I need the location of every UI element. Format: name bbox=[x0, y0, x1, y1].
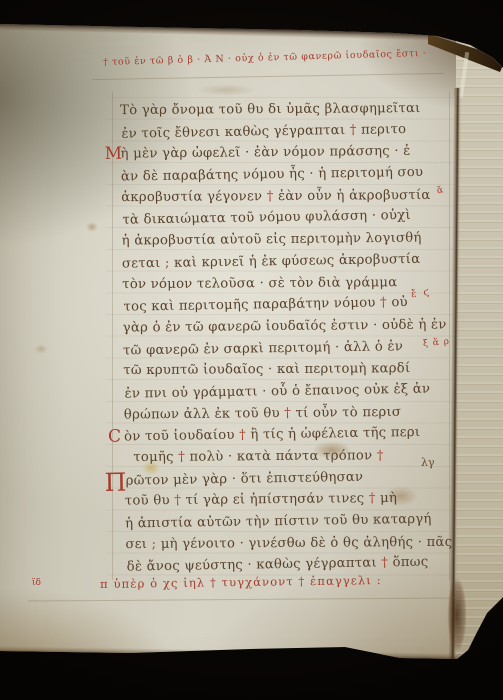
marginal-note: λγ bbox=[421, 456, 435, 469]
line-text: σει ; μὴ γένοιτο · γινέσθω δὲ ὁ θς ἀληθή… bbox=[125, 535, 452, 552]
line-text: τοῦ θυ † τί γὰρ εἰ ἠπίστησάν τινες † μὴ bbox=[125, 491, 397, 509]
line-text: ὴ μὲν γὰρ ὠφελεῖ · ἐὰν νόμον πράσσης · ἐ bbox=[121, 144, 411, 162]
line-text: τος καὶ περιτομῆς παραβάτην νόμου † οὐ bbox=[123, 295, 408, 315]
line-text: σεται ; καὶ κρινεῖ ἡ ἐκ φύσεως ἀκροβυστί… bbox=[122, 252, 421, 272]
line-text: τῶ φανερῶ ἐν σαρκὶ περιτομή · ἀλλ ὁ ἐν bbox=[123, 339, 403, 358]
rubricated-initial: Π bbox=[104, 470, 126, 493]
line-text: τὰ δικαιώματα τοῦ νόμου φυλάσση · οὐχὶ bbox=[122, 208, 411, 228]
line-text: τῶ κρυπτῶ ἰουδαῖος · καὶ περιτομὴ καρδί bbox=[123, 361, 410, 378]
line-text: ὸν τοῦ ἰουδαίου † ἢ τίς ἡ ὠφέλεια τῆς πε… bbox=[124, 425, 420, 445]
rubricated-initial: Μ bbox=[105, 144, 123, 166]
line-text: ἐν πνι οὐ γράμματι · οὗ ὁ ἔπαινος οὐκ ἐξ… bbox=[124, 382, 430, 402]
leaf-top-edge bbox=[0, 22, 503, 43]
line-text: τομῆς † πολὺ · κατὰ πάντα τρόπον † bbox=[133, 448, 383, 465]
stain bbox=[196, 84, 256, 96]
header-ruling-line bbox=[92, 73, 444, 80]
line-text: Τὸ γὰρ ὄνομα τοῦ θυ δι ὑμᾶς βλασφημεῖται bbox=[120, 101, 421, 118]
leaf-bottom-edge bbox=[0, 646, 503, 662]
rubricated-initial: C bbox=[108, 427, 122, 449]
line-text: ἡ ἀπιστία αὐτῶν τὴν πίστιν τοῦ θυ καταργ… bbox=[125, 512, 432, 532]
line-text: ἐν τοῖς ἔθνεσι καθὼς γέγραπται † περιτο bbox=[121, 122, 406, 142]
line-text: δὲ ἄνος ψεύστης · καθὼς γέγραπται † ὅπως bbox=[127, 555, 429, 575]
manuscript-photo: † τοῦ ἐν τῶ β ὁ β · Ἀ Ν · οὐχ ὁ ἐν τῶ φα… bbox=[0, 0, 503, 700]
footer-rubric: π ὑπὲρ ὁ χς ἰηλ † τυγχάνοντ † ἐπαγγελι : bbox=[100, 573, 382, 591]
manuscript-line: σεται ; καὶ κρινεῖ ἡ ἐκ φύσεως ἀκροβυστί… bbox=[122, 248, 450, 275]
line-text: ἀκροβυστία γέγονεν † ἐὰν οὖν ἡ ἀκροβυστί… bbox=[121, 188, 430, 205]
line-text: θρώπων ἀλλ ἐκ τοῦ θυ † τί οὖν τὸ περισ bbox=[124, 404, 401, 422]
line-text: ἡ ἀκροβυστία αὐτοῦ εἰς περιτομὴν λογισθή bbox=[122, 231, 422, 249]
line-text: ὰν δὲ παραβάτης νόμου ἦς · ἡ περιτομή σο… bbox=[121, 165, 424, 185]
parchment-leaf: † τοῦ ἐν τῶ β ὁ β · Ἀ Ν · οὐχ ὁ ἐν τῶ φα… bbox=[0, 0, 503, 700]
marginal-note: ϊδ bbox=[32, 578, 41, 588]
text-block: Τὸ γὰρ ὄνομα τοῦ θυ δι ὑμᾶς βλασφημεῖται… bbox=[120, 97, 454, 578]
header-rubric: † τοῦ ἐν τῶ β ὁ β · Ἀ Ν · οὐχ ὁ ἐν τῶ φα… bbox=[103, 48, 426, 68]
stain bbox=[34, 344, 48, 354]
line-text: γὰρ ὁ ἐν τῶ φανερῶ ἰουδαῖός ἐστιν · οὐδὲ… bbox=[123, 317, 447, 335]
stain bbox=[86, 222, 98, 232]
footer-ruling-line bbox=[28, 597, 462, 601]
line-text: ρῶτον μὲν γὰρ · ὅτι ἐπιστεύθησαν bbox=[126, 469, 364, 488]
line-text: τὸν νόμον τελοῦσα · σὲ τὸν διὰ γράμμα bbox=[122, 275, 397, 292]
